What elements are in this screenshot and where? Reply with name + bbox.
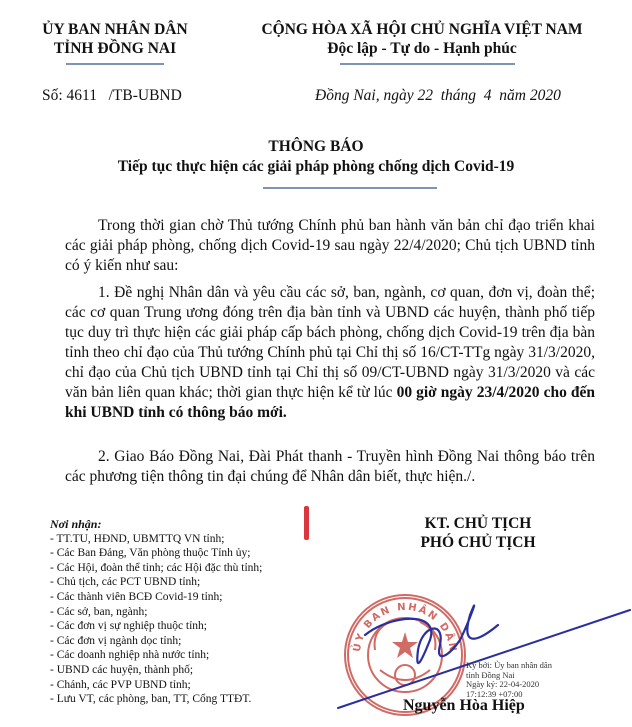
signature-line-2: PHÓ CHỦ TỊCH — [378, 533, 578, 552]
place-date: Đồng Nai, ngày 22 tháng 4 năm 2020 — [315, 87, 561, 105]
document-title: THÔNG BÁO Tiếp tục thực hiện các giải ph… — [0, 137, 632, 177]
item-1-paragraph: 1. Đề nghị Nhân dân và yêu cầu các sở, b… — [65, 283, 595, 423]
recipient-item: - Các doanh nghiệp nhà nước tỉnh; — [50, 648, 262, 663]
document-number: Số: 4611 /TB-UBND — [42, 87, 182, 105]
document-type: THÔNG BÁO — [0, 137, 632, 157]
recipient-item: - Chánh, các PVP UBND tỉnh; — [50, 678, 262, 693]
nation-title: CỘNG HÒA XÃ HỘI CHỦ NGHĨA VIỆT NAM — [226, 20, 618, 39]
agency-underline — [66, 63, 164, 65]
recipient-item: - UBND các huyện, thành phố; — [50, 663, 262, 678]
intro-text: Trong thời gian chờ Thủ tướng Chính phủ … — [65, 216, 595, 276]
signature-title: KT. CHỦ TỊCH PHÓ CHỦ TỊCH — [378, 514, 578, 552]
intro-paragraph: Trong thời gian chờ Thủ tướng Chính phủ … — [65, 216, 595, 276]
national-header: CỘNG HÒA XÃ HỘI CHỦ NGHĨA VIỆT NAM Độc l… — [226, 20, 618, 58]
national-motto: Độc lập - Tự do - Hạnh phúc — [226, 39, 618, 58]
recipient-item: - Các Ban Đảng, Văn phòng thuộc Tỉnh ủy; — [50, 546, 262, 561]
issuing-agency: ỦY BAN NHÂN DÂN TỈNH ĐỒNG NAI — [40, 20, 190, 58]
signature-line-1: KT. CHỦ TỊCH — [378, 514, 578, 533]
recipient-item: - Lưu VT, các phòng, ban, TT, Cổng TTĐT. — [50, 692, 262, 707]
recipient-item: - Chủ tịch, các PCT UBND tỉnh; — [50, 575, 262, 590]
red-marker-mark — [304, 506, 309, 540]
recipient-item: - Các Hội, đoàn thể tỉnh; các Hội đặc th… — [50, 561, 262, 576]
recipient-item: - Các sở, ban, ngành; — [50, 605, 262, 620]
recipient-item: - Các thành viên BCĐ Covid-19 tỉnh; — [50, 590, 262, 605]
document-subject: Tiếp tục thực hiện các giải pháp phòng c… — [0, 157, 632, 177]
agency-line-2: TỈNH ĐỒNG NAI — [40, 39, 190, 58]
agency-line-1: ỦY BAN NHÂN DÂN — [40, 20, 190, 39]
recipient-item: - Các đơn vị ngành dọc tỉnh; — [50, 634, 262, 649]
item-1: 1. Đề nghị Nhân dân và yêu cầu các sở, b… — [65, 283, 595, 423]
recipient-item: - Các đơn vị sự nghiệp thuộc tỉnh; — [50, 619, 262, 634]
signer-name: Nguyễn Hòa Hiệp — [403, 697, 525, 715]
item-2-text: 2. Giao Báo Đồng Nai, Đài Phát thanh - T… — [65, 447, 595, 487]
recipients-label: Nơi nhận: — [50, 517, 262, 532]
recipients-block: Nơi nhận: - TT.TU, HĐND, UBMTTQ VN tỉnh;… — [50, 517, 262, 707]
title-underline — [263, 187, 437, 189]
motto-underline — [340, 63, 515, 65]
item-2-paragraph: 2. Giao Báo Đồng Nai, Đài Phát thanh - T… — [65, 447, 595, 487]
recipient-item: - TT.TU, HĐND, UBMTTQ VN tỉnh; — [50, 532, 262, 547]
digital-signature-info: Ký bởi: Ủy ban nhân dân tỉnh Đồng Nai Ng… — [466, 661, 552, 699]
